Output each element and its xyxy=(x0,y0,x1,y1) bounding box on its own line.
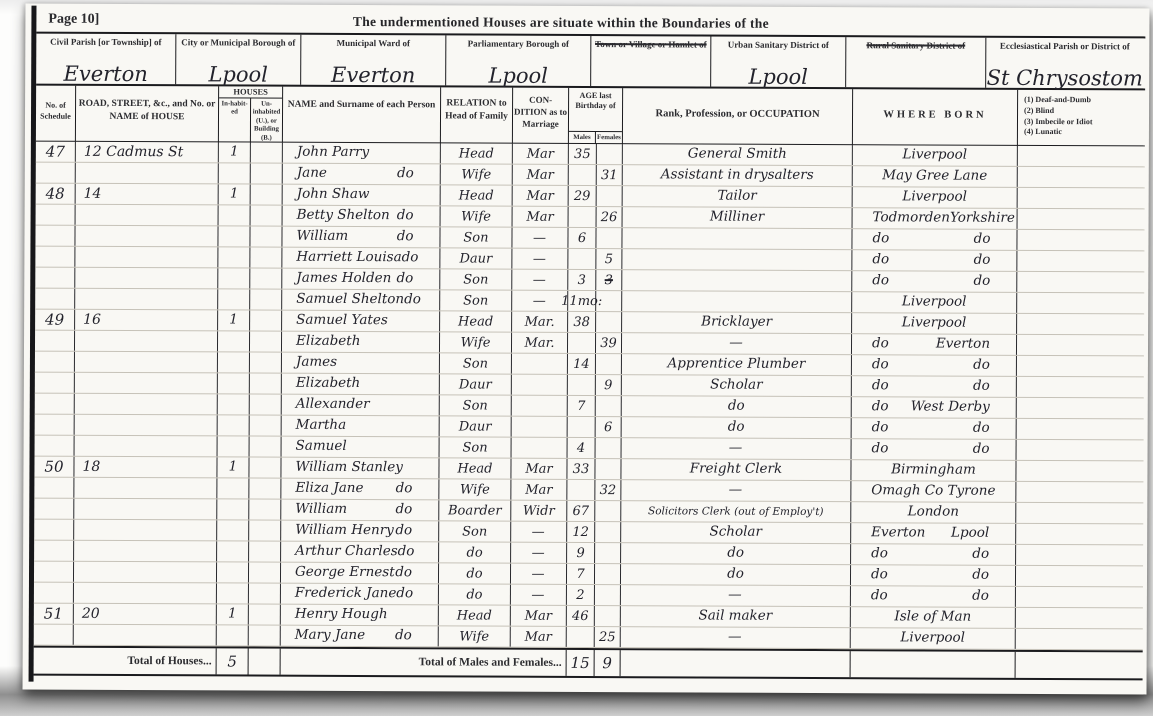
cell-road xyxy=(74,520,217,541)
cell-inhabited xyxy=(217,583,249,603)
cell-occupation: Scholar xyxy=(622,375,852,396)
cell-schedule xyxy=(35,352,75,372)
cell-born: Liverpool xyxy=(852,292,1017,313)
cell-uninhabited xyxy=(250,353,282,373)
cell-relation: Head xyxy=(440,311,512,331)
cell-occupation: — xyxy=(622,333,852,354)
cell-occupation: Solicitors Clerk (out of Employ't) xyxy=(621,501,851,522)
district-label: Ecclesiastical Parish or District of xyxy=(986,38,1143,53)
cell-name: George Ernestdo xyxy=(281,563,439,584)
cell-uninhabited xyxy=(251,164,283,184)
cell-age_f xyxy=(595,564,621,584)
cell-road xyxy=(75,415,218,436)
district-box: City or Municipal Borough of Lpool xyxy=(176,34,301,85)
col-header-houses: HOUSES In-habit-ed Un-inhabited (U.), or… xyxy=(219,86,283,143)
cell-infirmity xyxy=(1016,587,1143,608)
cell-relation: Head xyxy=(439,605,511,625)
cell-relation: Son xyxy=(439,521,511,541)
cell-relation: do xyxy=(439,584,511,604)
cell-age_f xyxy=(597,144,623,164)
cell-schedule: 51 xyxy=(34,604,74,624)
cell-born: dodo xyxy=(852,439,1017,460)
district-value: Everton xyxy=(36,62,175,87)
cell-born: dodo xyxy=(852,376,1017,397)
cell-inhabited xyxy=(218,268,250,288)
cell-name: Williamdo xyxy=(281,500,439,521)
cell-road xyxy=(74,562,217,583)
cell-inhabited xyxy=(218,373,250,393)
cell-road xyxy=(74,583,217,604)
cell-born: dodo xyxy=(851,586,1016,607)
cell-relation: Son xyxy=(440,290,512,310)
col-header-condition: CON- DITION as to Marriage xyxy=(513,88,569,145)
cell-relation: Boarder xyxy=(439,500,511,520)
district-label: Parliamentary Borough of xyxy=(446,35,590,50)
cell-schedule: 50 xyxy=(34,457,74,477)
cell-age_m: 7 xyxy=(567,564,595,584)
cell-inhabited xyxy=(218,247,250,267)
cell-age_f xyxy=(596,354,622,374)
cell-age_f xyxy=(596,312,622,332)
cell-relation: Wife xyxy=(439,626,511,646)
col-header-uninhabited: Un-inhabited (U.), or Building (B.) xyxy=(251,99,282,144)
col-header-occupation: Rank, Profession, or OCCUPATION xyxy=(623,88,853,145)
cell-born: dodo xyxy=(851,565,1016,586)
infirmity-line: (3) Imbecile or Idiot xyxy=(1024,117,1145,128)
cell-inhabited xyxy=(218,331,250,351)
cell-occupation: Assistant in drysalters xyxy=(623,165,853,186)
cell-schedule xyxy=(36,163,76,183)
cell-condition: — xyxy=(511,585,567,605)
cell-name: James xyxy=(282,353,440,374)
cell-infirmity xyxy=(1017,272,1144,293)
cell-road xyxy=(75,373,218,394)
infirmity-line: (4) Lunatic xyxy=(1024,127,1145,138)
cell-infirmity xyxy=(1016,503,1143,524)
cell-inhabited xyxy=(218,394,250,414)
cell-road xyxy=(74,478,217,499)
cell-age_m xyxy=(567,627,595,647)
cell-occupation: do xyxy=(621,564,851,585)
cell-infirmity xyxy=(1016,566,1143,587)
cell-age_m xyxy=(569,207,597,227)
census-rows: 4712 Cadmus St1John ParryHeadMar35Genera… xyxy=(34,142,1145,651)
cell-occupation: General Smith xyxy=(623,144,853,165)
cell-infirmity xyxy=(1017,377,1144,398)
cell-born: dodo xyxy=(852,355,1017,376)
cell-age_f xyxy=(595,501,621,521)
cell-inhabited xyxy=(217,562,249,582)
cell-name: Martha xyxy=(282,416,440,437)
cell-occupation: — xyxy=(621,480,851,501)
cell-born: Omagh Co Tyrone xyxy=(851,481,1016,502)
cell-uninhabited xyxy=(250,290,282,310)
cell-road xyxy=(75,226,218,247)
cell-age_m xyxy=(568,417,596,437)
cell-infirmity xyxy=(1017,356,1144,377)
cell-relation: do xyxy=(439,542,511,562)
district-label: Town or Village or Hamlet of xyxy=(591,36,710,51)
cell-age_f xyxy=(596,438,622,458)
cell-uninhabited xyxy=(250,374,282,394)
cell-road xyxy=(75,289,218,310)
cell-born: London xyxy=(851,502,1016,523)
cell-condition: — xyxy=(511,522,567,542)
cell-infirmity xyxy=(1016,482,1143,503)
cell-road xyxy=(75,352,218,373)
cell-name: Henry Hough xyxy=(281,605,439,626)
cell-road xyxy=(74,541,217,562)
cell-condition: Mar xyxy=(513,165,569,185)
cell-age_m: 4 xyxy=(568,438,596,458)
cell-inhabited xyxy=(218,352,250,372)
cell-schedule xyxy=(35,394,75,414)
infirmity-line: (2) Blind xyxy=(1024,106,1145,117)
cell-age_m: 7 xyxy=(568,396,596,416)
cell-born: dodo xyxy=(852,250,1017,271)
cell-name: Samuel Yates xyxy=(282,311,440,332)
cell-infirmity xyxy=(1017,335,1144,356)
cell-schedule xyxy=(35,247,75,267)
col-header-inhabited: In-habit-ed xyxy=(219,98,251,143)
cell-age_m: 2 xyxy=(567,585,595,605)
district-box: Parliamentary Borough of Lpool xyxy=(446,35,591,86)
district-value: Lpool xyxy=(446,63,590,88)
cell-age_f: 6 xyxy=(596,417,622,437)
cell-born: May Gree Lane xyxy=(853,166,1018,187)
cell-road xyxy=(74,625,217,646)
footer-occupation-cell xyxy=(621,650,851,677)
district-box: Urban Sanitary District of Lpool xyxy=(711,37,846,88)
cell-infirmity xyxy=(1016,608,1143,629)
cell-age_f: 39 xyxy=(596,333,622,353)
cell-inhabited: 1 xyxy=(218,310,250,330)
cell-inhabited xyxy=(217,478,249,498)
cell-schedule xyxy=(35,289,75,309)
cell-condition: Mar xyxy=(511,480,567,500)
cell-road xyxy=(76,205,219,226)
cell-age_f: 32 xyxy=(595,480,621,500)
cell-uninhabited xyxy=(249,605,281,625)
district-value: Everton xyxy=(301,63,445,88)
cell-uninhabited xyxy=(249,542,281,562)
cell-occupation xyxy=(622,270,852,291)
cell-relation: Son xyxy=(440,395,512,415)
cell-relation: Daur xyxy=(440,248,512,268)
cell-schedule xyxy=(34,499,74,519)
cell-relation: Son xyxy=(440,227,512,247)
cell-uninhabited xyxy=(249,521,281,541)
district-box: Ecclesiastical Parish or District of St … xyxy=(986,38,1143,89)
footer-born-cell xyxy=(851,651,1016,678)
cell-road xyxy=(75,436,218,457)
cell-condition: — xyxy=(512,228,568,248)
footer-infirmity-cell xyxy=(1016,652,1143,679)
cell-relation: Son xyxy=(440,437,512,457)
cell-uninhabited xyxy=(250,248,282,268)
cell-occupation: Bricklayer xyxy=(622,312,852,333)
cell-condition: — xyxy=(512,249,568,269)
cell-inhabited xyxy=(219,163,251,183)
cell-inhabited xyxy=(217,541,249,561)
cell-uninhabited xyxy=(250,227,282,247)
cell-name: Samuel Sheltondo xyxy=(282,290,440,311)
cell-condition: Mar xyxy=(511,606,567,626)
cell-infirmity xyxy=(1017,293,1144,314)
cell-age_m: 11mo: xyxy=(568,291,596,311)
cell-name: Samuel xyxy=(282,437,440,458)
cell-relation: Wife xyxy=(440,332,512,352)
district-box: Town or Village or Hamlet of xyxy=(591,36,711,87)
district-header-row: Civil Parish [or Township] of Everton Ci… xyxy=(36,32,1145,91)
cell-age_m: 33 xyxy=(567,459,595,479)
cell-occupation: — xyxy=(621,627,851,648)
cell-uninhabited xyxy=(251,206,283,226)
form-frame: Page 10] The undermentioned Houses are s… xyxy=(29,6,1146,687)
col-header-where-born: WHERE BORN xyxy=(853,89,1018,146)
cell-condition xyxy=(512,375,568,395)
district-label: Rural Sanitary District of xyxy=(846,37,985,52)
cell-uninhabited xyxy=(249,479,281,499)
cell-age_f xyxy=(597,186,623,206)
infirmity-line: (1) Deaf-and-Dumb xyxy=(1024,95,1145,106)
cell-relation: Daur xyxy=(440,416,512,436)
cell-condition: Mar xyxy=(513,144,569,164)
cell-road: 16 xyxy=(75,310,218,331)
age-header-label: AGE last Birthday of xyxy=(569,88,622,132)
cell-name: Elizabeth xyxy=(282,374,440,395)
cell-name: Betty Sheltondo xyxy=(283,206,441,227)
cell-age_m: 35 xyxy=(569,144,597,164)
cell-schedule xyxy=(34,583,74,603)
cell-age_m: 29 xyxy=(569,186,597,206)
cell-condition: Mar. xyxy=(512,333,568,353)
cell-inhabited xyxy=(219,205,251,225)
cell-schedule xyxy=(35,373,75,393)
cell-age_m: 12 xyxy=(567,522,595,542)
cell-name: William Stanley xyxy=(281,458,439,479)
cell-schedule xyxy=(34,478,74,498)
cell-schedule xyxy=(34,562,74,582)
cell-uninhabited xyxy=(249,584,281,604)
cell-uninhabited xyxy=(249,563,281,583)
cell-condition: Mar. xyxy=(512,312,568,332)
cell-age_f xyxy=(595,585,621,605)
cell-age_f: 3 xyxy=(596,270,622,290)
cell-schedule xyxy=(36,205,76,225)
cell-age_f xyxy=(596,396,622,416)
cell-age_m: 38 xyxy=(568,312,596,332)
cell-relation: Wife xyxy=(439,479,511,499)
cell-born: dodo xyxy=(851,544,1016,565)
cell-schedule xyxy=(34,625,74,645)
cell-age_f xyxy=(595,522,621,542)
col-header-schedule: No. of Schedule xyxy=(36,86,76,143)
col-header-males: Males xyxy=(569,132,596,144)
cell-name: Janedo xyxy=(283,164,441,185)
cell-road xyxy=(75,394,218,415)
cell-age_m: 6 xyxy=(568,228,596,248)
cell-born: Liverpool xyxy=(853,187,1018,208)
cell-infirmity xyxy=(1016,524,1143,545)
cell-name: Mary Janedo xyxy=(281,626,439,647)
cell-uninhabited xyxy=(250,269,282,289)
cell-age_m xyxy=(567,480,595,500)
houses-header-label: HOUSES xyxy=(219,86,282,98)
column-header-row: No. of Schedule ROAD, STREET, &c., and N… xyxy=(36,86,1145,147)
cell-relation: do xyxy=(439,563,511,583)
cell-infirmity xyxy=(1018,146,1145,167)
cell-uninhabited xyxy=(249,458,281,478)
cell-infirmity xyxy=(1018,167,1145,188)
cell-born: TodmordenYorkshire xyxy=(853,208,1018,229)
cell-born: dodo xyxy=(852,229,1017,250)
cell-age_m: 46 xyxy=(567,606,595,626)
cell-schedule xyxy=(35,436,75,456)
cell-occupation: Freight Clerk xyxy=(621,459,851,480)
cell-name: William Henrydo xyxy=(281,521,439,542)
cell-occupation: — xyxy=(621,585,851,606)
cell-inhabited xyxy=(217,625,249,645)
cell-relation: Head xyxy=(439,458,511,478)
district-box: Municipal Ward of Everton xyxy=(301,35,446,86)
total-females-value: 9 xyxy=(595,650,621,676)
cell-name: Eliza Janedo xyxy=(281,479,439,500)
cell-condition xyxy=(512,438,568,458)
cell-occupation: Tailor xyxy=(623,186,853,207)
cell-age_f xyxy=(596,291,622,311)
cell-condition: Mar xyxy=(513,186,569,206)
col-header-name: NAME and Surname of each Person xyxy=(283,87,441,144)
cell-road: 12 Cadmus St xyxy=(76,142,219,163)
cell-age_m: 9 xyxy=(567,543,595,563)
total-houses-value: 5 xyxy=(217,648,249,674)
cell-schedule xyxy=(34,541,74,561)
cell-born: Liverpool xyxy=(852,313,1017,334)
col-header-females: Females xyxy=(596,132,622,144)
cell-schedule xyxy=(35,268,75,288)
cell-road: 18 xyxy=(74,457,217,478)
cell-age_m xyxy=(569,165,597,185)
cell-relation: Wife xyxy=(441,164,513,184)
cell-infirmity xyxy=(1017,251,1144,272)
district-value: Lpool xyxy=(711,65,845,90)
cell-relation: Head xyxy=(441,143,513,163)
cell-occupation: Apprentice Plumber xyxy=(622,354,852,375)
cell-name: Arthur Charlesdo xyxy=(281,542,439,563)
cell-age_f: 25 xyxy=(595,627,621,647)
cell-infirmity xyxy=(1016,629,1143,650)
total-males-females-label: Total of Males and Females... xyxy=(281,649,567,676)
district-label: Municipal Ward of xyxy=(301,35,445,50)
cell-road xyxy=(75,331,218,352)
census-page: Page 10] The undermentioned Houses are s… xyxy=(23,4,1150,695)
cell-inhabited xyxy=(217,520,249,540)
cell-road: 20 xyxy=(74,604,217,625)
cell-occupation: Milliner xyxy=(623,207,853,228)
cell-relation: Son xyxy=(440,269,512,289)
cell-inhabited: 1 xyxy=(217,604,249,624)
cell-age_f: 9 xyxy=(596,375,622,395)
cell-age_f xyxy=(595,543,621,563)
cell-occupation: Scholar xyxy=(621,522,851,543)
cell-name: Williamdo xyxy=(282,227,440,248)
cell-relation: Head xyxy=(441,185,513,205)
cell-age_f: 26 xyxy=(597,207,623,227)
cell-condition xyxy=(512,354,568,374)
cell-inhabited xyxy=(218,226,250,246)
cell-relation: Daur xyxy=(440,374,512,394)
cell-condition: — xyxy=(511,564,567,584)
cell-schedule xyxy=(34,520,74,540)
district-label: Urban Sanitary District of xyxy=(711,37,845,52)
cell-infirmity xyxy=(1017,419,1144,440)
cell-occupation: do xyxy=(622,417,852,438)
cell-schedule: 48 xyxy=(36,184,76,204)
cell-schedule: 47 xyxy=(36,142,76,162)
cell-condition: Widr xyxy=(511,501,567,521)
cell-age_m: 3 xyxy=(568,270,596,290)
cell-relation: Son xyxy=(440,353,512,373)
cell-uninhabited xyxy=(249,626,281,646)
col-header-road: ROAD, STREET, &c., and No. or NAME of HO… xyxy=(76,86,219,143)
cell-uninhabited xyxy=(251,185,283,205)
cell-relation: Wife xyxy=(441,206,513,226)
cell-occupation: — xyxy=(622,438,852,459)
cell-road: 14 xyxy=(76,184,219,205)
cell-born: Birmingham xyxy=(851,460,1016,481)
cell-age_m xyxy=(568,375,596,395)
cell-name: Frederick Janedo xyxy=(281,584,439,605)
cell-born: doEverton xyxy=(852,334,1017,355)
cell-age_f xyxy=(596,228,622,248)
cell-age_m xyxy=(568,333,596,353)
cell-uninhabited xyxy=(250,395,282,415)
cell-condition: Mar xyxy=(511,459,567,479)
cell-age_f xyxy=(595,606,621,626)
cell-infirmity xyxy=(1016,545,1143,566)
form-title: The undermentioned Houses are situate wi… xyxy=(36,13,1085,34)
cell-born: Liverpool xyxy=(853,145,1018,166)
cell-condition xyxy=(512,396,568,416)
cell-schedule xyxy=(35,331,75,351)
cell-infirmity xyxy=(1017,230,1144,251)
cell-inhabited: 1 xyxy=(219,142,251,162)
cell-name: John Parry xyxy=(283,143,441,164)
cell-born: doWest Derby xyxy=(852,397,1017,418)
cell-uninhabited xyxy=(251,143,283,163)
cell-infirmity xyxy=(1017,440,1144,461)
cell-schedule xyxy=(35,415,75,435)
total-males-value: 15 xyxy=(567,650,595,676)
cell-name: John Shaw xyxy=(283,185,441,206)
district-value: Lpool xyxy=(176,62,300,87)
cell-occupation: Sail maker xyxy=(621,606,851,627)
cell-infirmity xyxy=(1016,461,1143,482)
district-box: Rural Sanitary District of xyxy=(846,37,986,88)
district-label: City or Municipal Borough of xyxy=(176,34,300,49)
total-houses-label: Total of Houses... xyxy=(34,648,217,675)
cell-occupation: do xyxy=(621,543,851,564)
cell-born: EvertonLpool xyxy=(851,523,1016,544)
cell-road xyxy=(75,268,218,289)
cell-age_f xyxy=(595,459,621,479)
cell-schedule xyxy=(35,226,75,246)
cell-name: Harriett Louisado xyxy=(282,248,440,269)
title-bar: Page 10] The undermentioned Houses are s… xyxy=(36,6,1145,37)
totals-footer: Total of Houses... 5 Total of Males and … xyxy=(34,646,1143,681)
cell-uninhabited xyxy=(250,311,282,331)
